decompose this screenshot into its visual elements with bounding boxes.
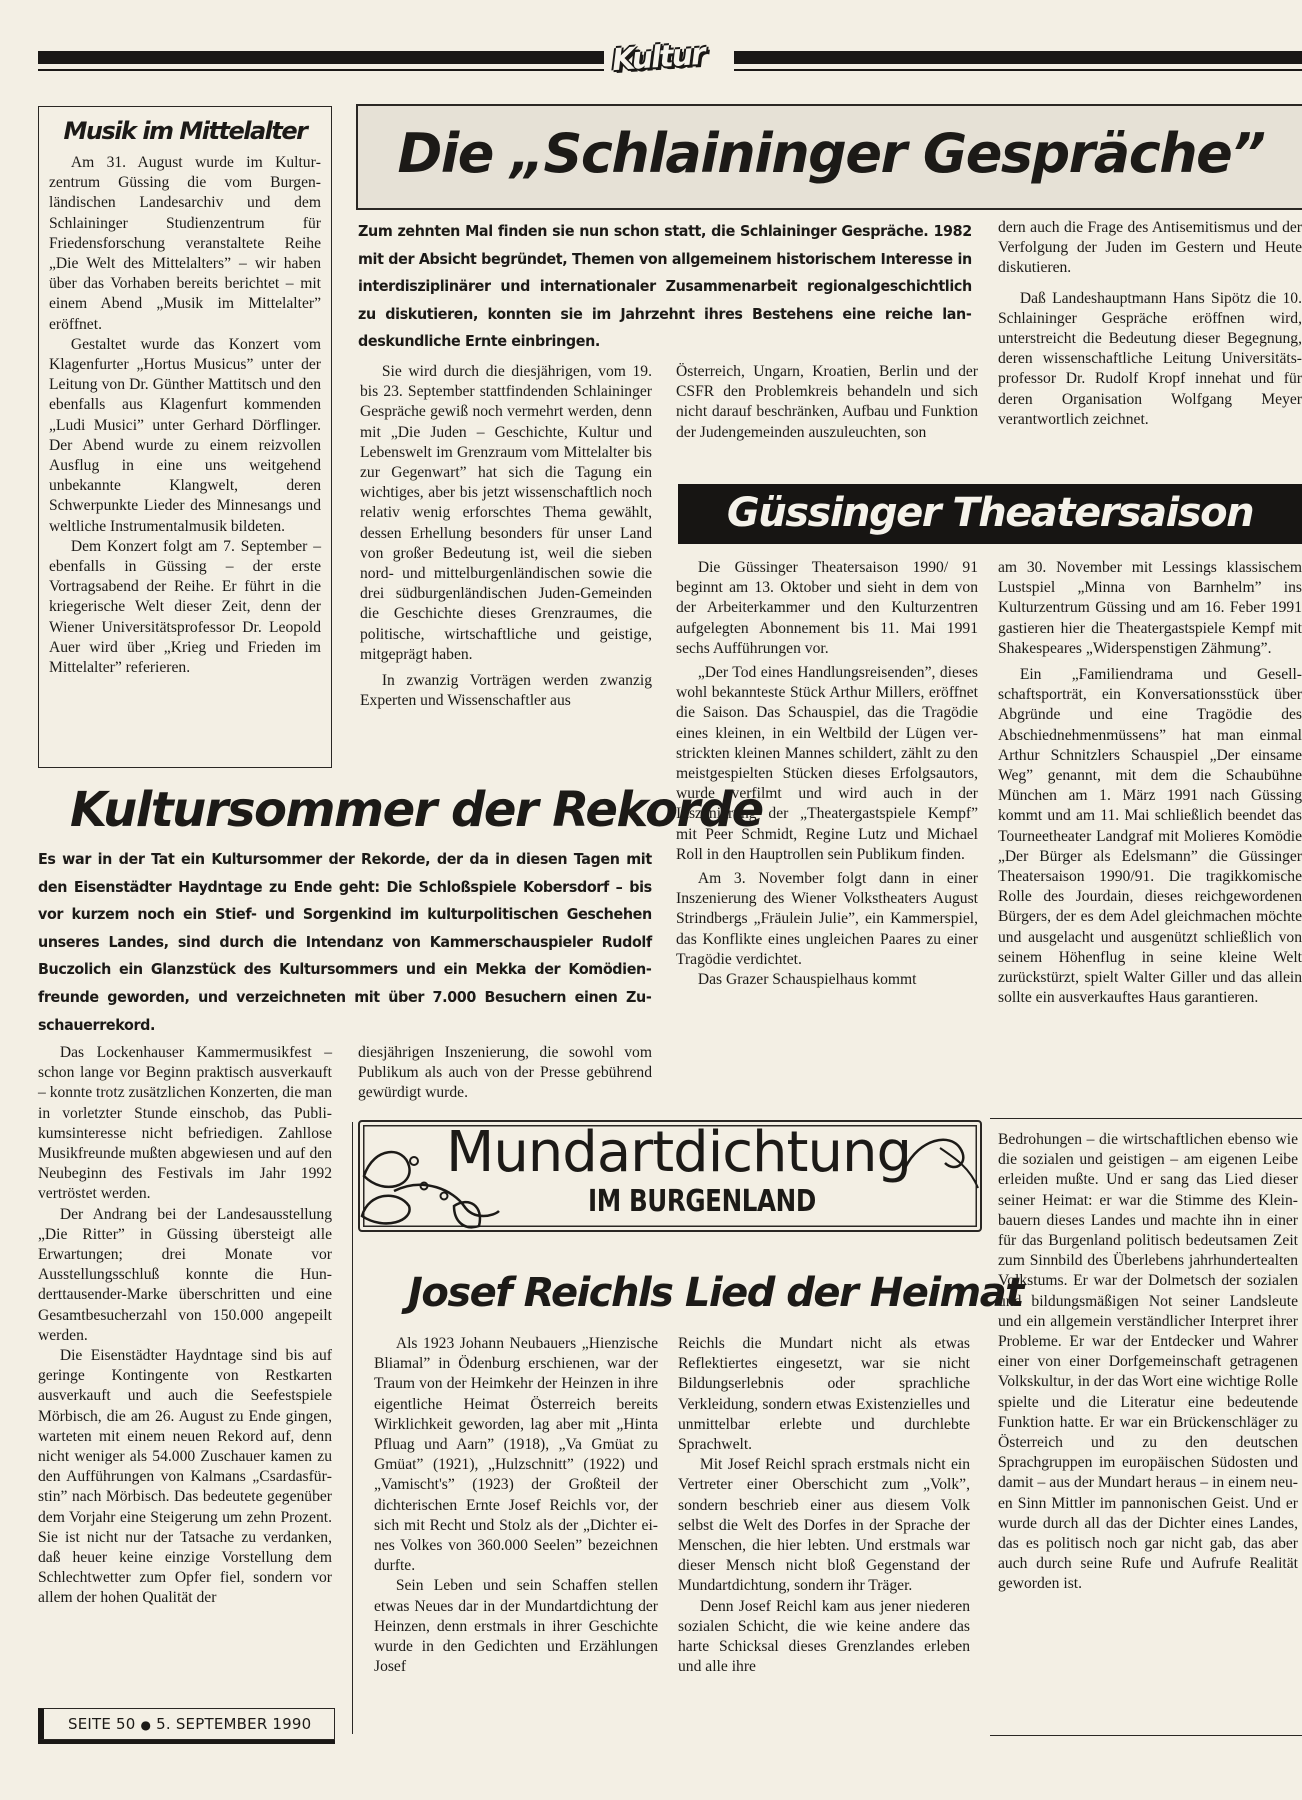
article-column: am 30. November mit Lessings klassi­sche… xyxy=(998,558,1302,1008)
masthead-thin-rule-right xyxy=(734,69,1302,71)
article-musik-im-mittelalter: Musik im Mittelalter Am 31. August wurde… xyxy=(38,106,332,768)
art-nouveau-swirl-ornament-icon xyxy=(900,1128,980,1198)
article-column: Das Lockenhauser Kammermusik­fest – scho… xyxy=(38,1043,332,1609)
paragraph: Gestaltet wurde das Konzert vom Klagenfu… xyxy=(49,335,321,537)
paragraph: Das Grazer Schauspielhaus kommt xyxy=(676,970,978,990)
article-column: Österreich, Ungarn, Kroatien, Berlin und… xyxy=(676,362,978,443)
article-column: Sie wird durch die diesjährigen, vom 19.… xyxy=(360,362,652,711)
paragraph: am 30. November mit Lessings klassi­sche… xyxy=(998,558,1302,659)
paragraph: Bedrohungen – die wirtschaftlichen ebens… xyxy=(998,1130,1298,1595)
article-title: Josef Reichls Lied der Heimat xyxy=(408,1270,1023,1316)
paragraph: Österreich, Ungarn, Kroatien, Berlin und… xyxy=(676,362,978,443)
article-title: Die „Schlaininger Gespräche” xyxy=(358,122,1302,185)
paragraph: Ein „Familiendrama und Gesell­schaftspor… xyxy=(998,665,1302,1008)
paragraph: Das Lockenhauser Kammermusik­fest – scho… xyxy=(38,1043,332,1205)
article-column: diesjährigen Inszenierung, die sowohl vo… xyxy=(358,1043,652,1104)
article-column: Reichls die Mundart nicht als etwas Refl… xyxy=(678,1334,970,1677)
page-number: SEITE 50 xyxy=(68,1715,136,1733)
article-lead: Es war in der Tat ein Kultursommer der R… xyxy=(38,846,652,1039)
article-lead: Zum zehnten Mal finden sie nun schon sta… xyxy=(358,218,972,356)
issue-date: 5. SEPTEMBER 1990 xyxy=(156,1715,311,1733)
article-column: Die Güssinger Theatersaison 1990/ 91 beg… xyxy=(676,558,978,990)
paragraph: Am 31. August wurde im Kultur­zentrum Gü… xyxy=(49,153,321,335)
article-column: dern auch die Frage des Antisemitis­mus … xyxy=(998,218,1302,430)
paragraph: Dem Konzert folgt am 7. Septem­ber – ebe… xyxy=(49,537,321,678)
page-footer: SEITE 50 ● 5. SEPTEMBER 1990 xyxy=(38,1708,335,1740)
masthead-thin-rule-left xyxy=(38,69,604,71)
footer-text: SEITE 50 ● 5. SEPTEMBER 1990 xyxy=(68,1715,311,1733)
paragraph: Die Eisenstädter Haydntage sind bis auf … xyxy=(38,1346,332,1609)
paragraph: dern auch die Frage des Antisemitis­mus … xyxy=(998,218,1302,279)
headline-banner-schlaininger: Die „Schlaininger Gespräche” xyxy=(356,104,1302,210)
decorative-banner-mundart: Mundartdichtung IM BURGENLAND xyxy=(358,1120,982,1232)
paragraph: diesjährigen Inszenierung, die sowohl vo… xyxy=(358,1043,652,1104)
bullet-icon: ● xyxy=(141,1718,152,1732)
article-column: Als 1923 Johann Neubauers „Hienzische Bl… xyxy=(374,1334,658,1677)
paragraph: In zwanzig Vorträgen werden zwan­zig Exp… xyxy=(360,671,652,711)
article-title: Musik im Mittelalter xyxy=(39,117,331,145)
paragraph: Am 3. November folgt dann in einer Insze… xyxy=(676,869,978,970)
article-column: Bedrohungen – die wirtschaftlichen ebens… xyxy=(998,1130,1298,1595)
paragraph: Sein Leben und sein Schaffen stel­len et… xyxy=(374,1576,658,1677)
paragraph: Als 1923 Johann Neubauers „Hienzische Bl… xyxy=(374,1334,658,1576)
masthead-rule-right xyxy=(734,51,1302,64)
paragraph: Reichls die Mundart nicht als etwas Refl… xyxy=(678,1334,970,1455)
paragraph: Sie wird durch die diesjährigen, vom 19.… xyxy=(360,362,652,665)
article-title: Kultursommer der Rekorde xyxy=(70,782,763,838)
masthead: Kultur xyxy=(38,48,1302,78)
paragraph: Denn Josef Reichl kam aus jener niederen… xyxy=(678,1597,970,1678)
article-body: Am 31. August wurde im Kultur­zentrum Gü… xyxy=(49,153,321,678)
banner-subtitle: IM BURGENLAND xyxy=(588,1184,816,1219)
banner-title: Mundartdichtung xyxy=(446,1120,911,1185)
paragraph: Daß Landeshauptmann Hans Si­pötz die 10.… xyxy=(998,289,1302,430)
article-title: Güssinger Theatersaison xyxy=(678,490,1302,536)
masthead-rule-left xyxy=(38,51,604,64)
paragraph: Die Güssinger Theatersaison 1990/ 91 beg… xyxy=(676,558,978,659)
paragraph: Mit Josef Reichl sprach erstmals nicht e… xyxy=(678,1455,970,1596)
section-logo-kultur: Kultur xyxy=(611,37,705,78)
headline-banner-theatersaison: Güssinger Theatersaison xyxy=(678,484,1302,544)
paragraph: Der Andrang bei der Landesausstel­lung „… xyxy=(38,1205,332,1346)
